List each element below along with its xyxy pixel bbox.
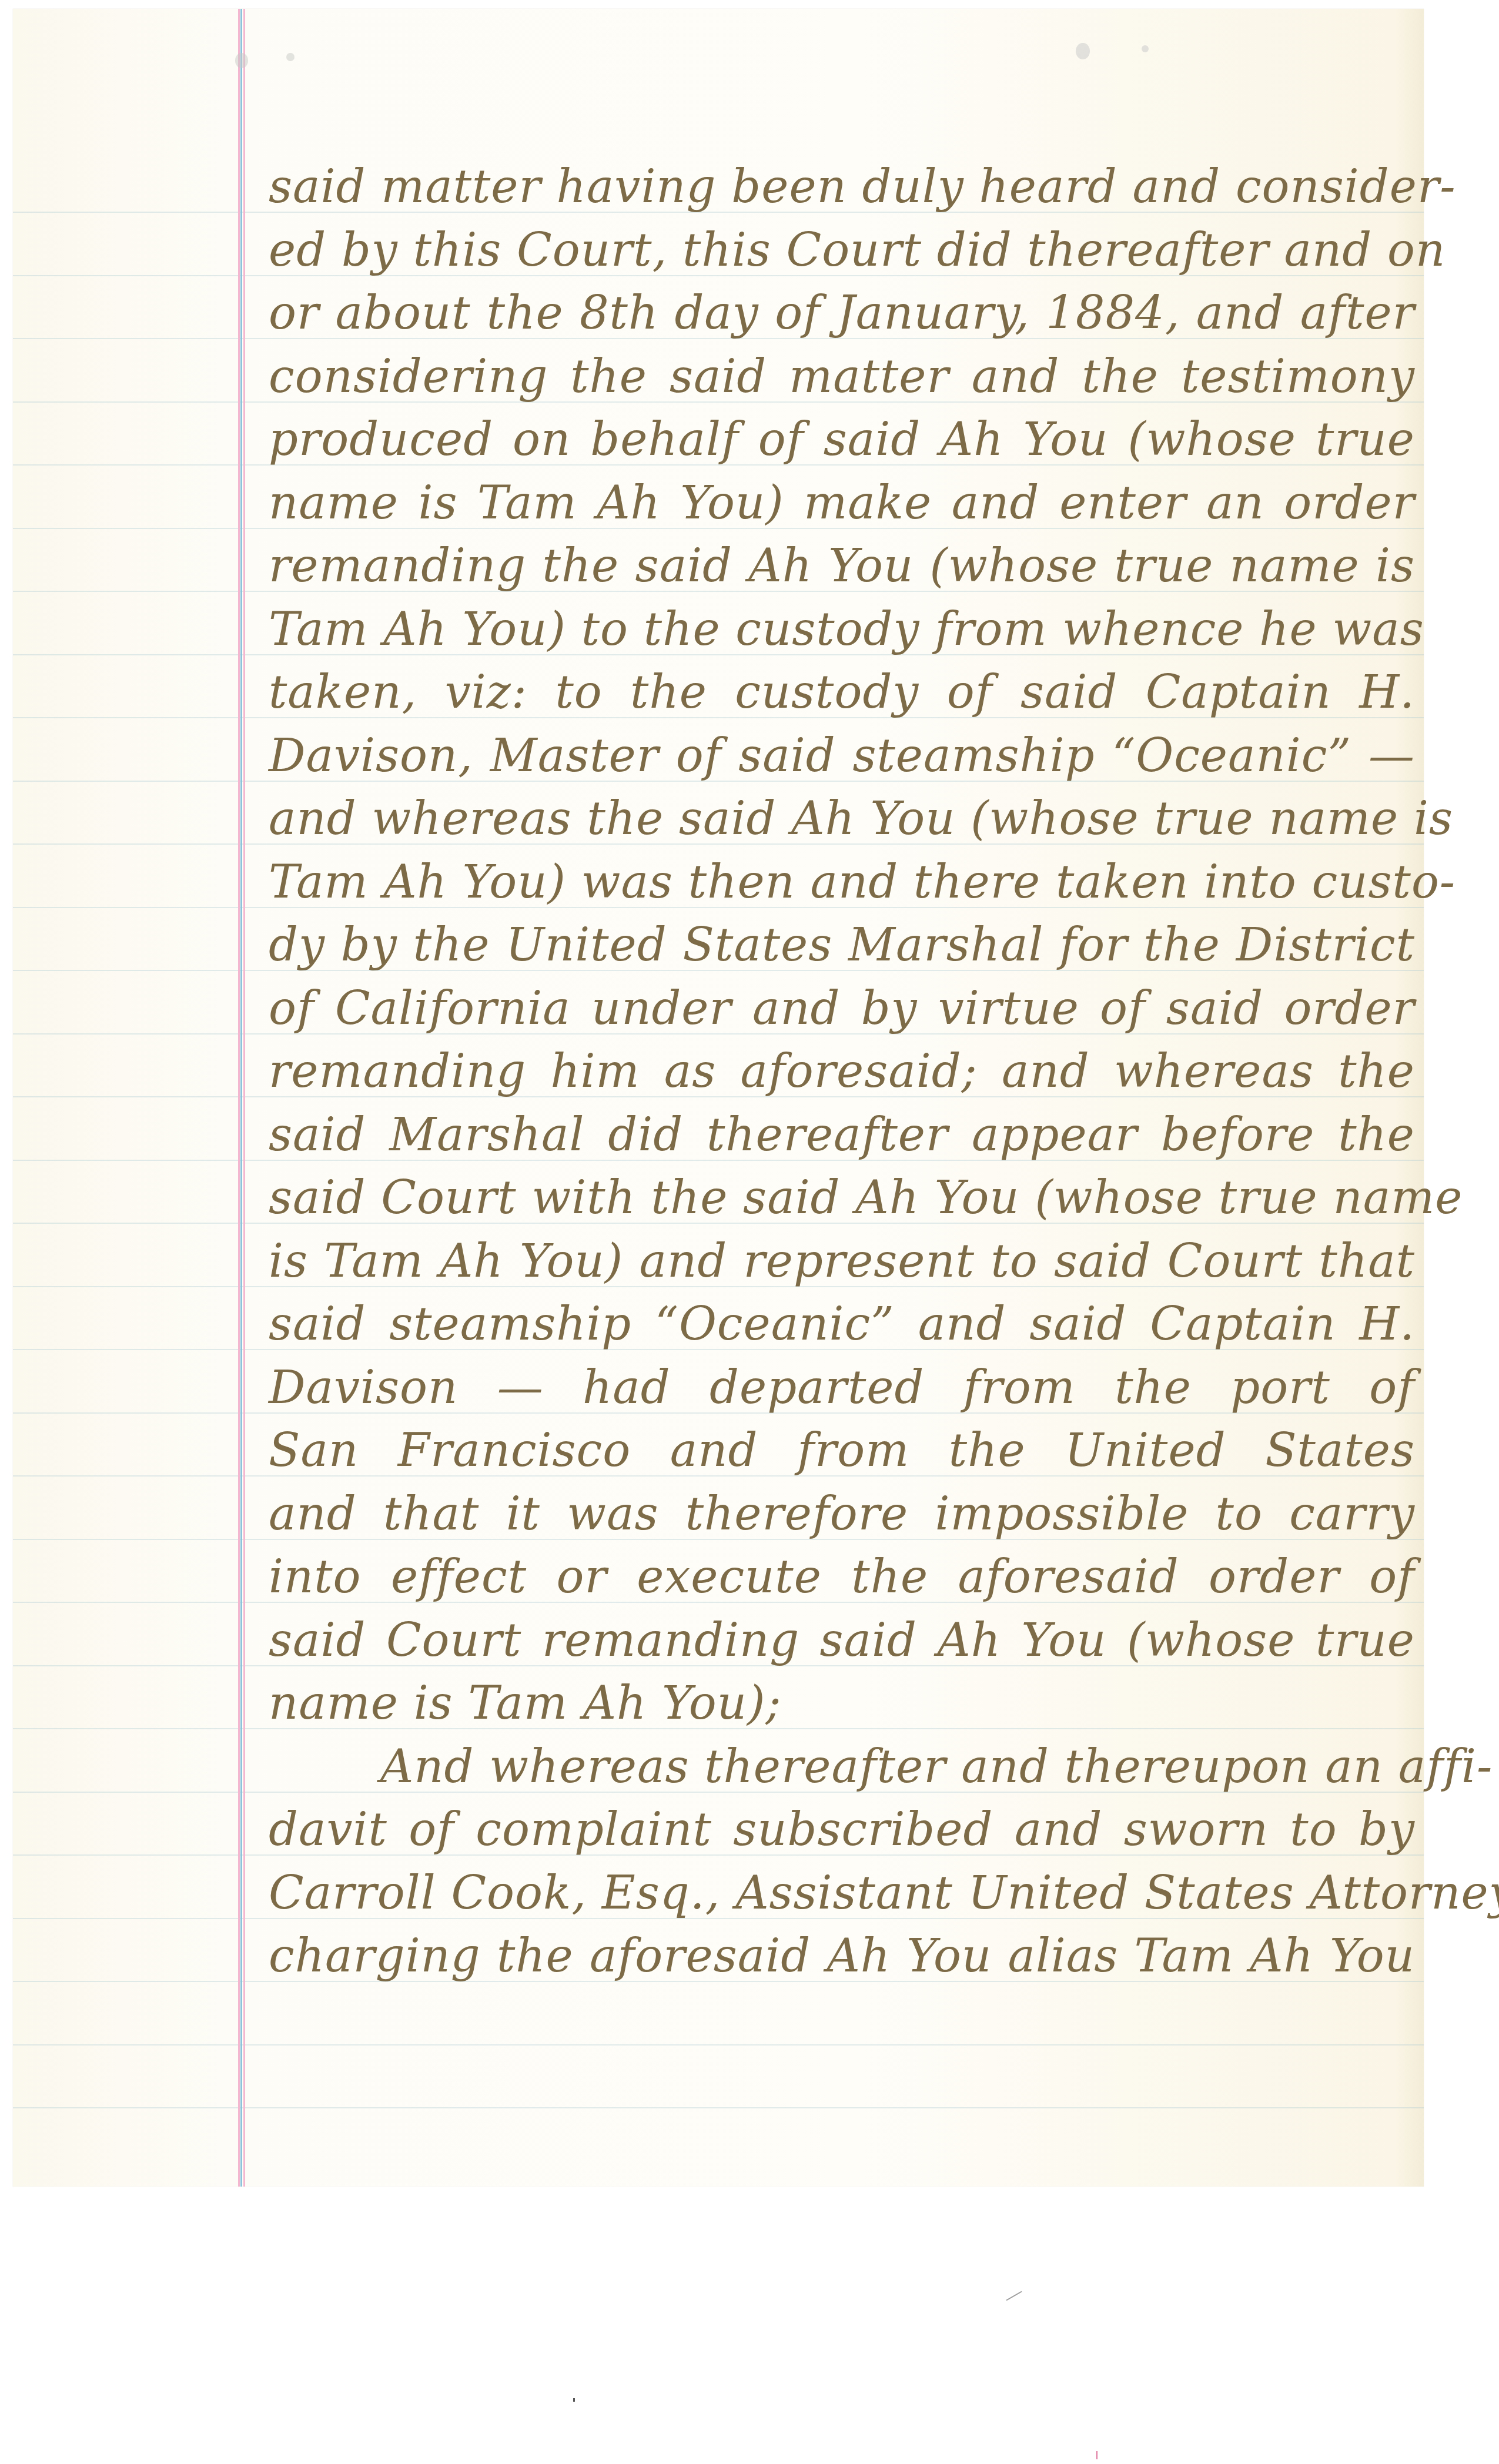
punch-mark — [286, 53, 295, 61]
text-line: charging the aforesaid Ah You alias Tam … — [269, 1925, 1415, 1988]
text-line-content: And whereas thereafter and thereupon an … — [380, 1736, 1303, 1799]
text-line: said steamship “Oceanic” and said Captai… — [269, 1293, 1415, 1357]
text-line: ed by this Court, this Court did thereaf… — [269, 219, 1415, 283]
text-line-content: davit of complaint subscribed and sworn … — [269, 1799, 1415, 1862]
text-line: produced on behalf of said Ah You (whose… — [269, 409, 1415, 472]
ruled-line — [13, 2044, 1424, 2045]
text-line-content: produced on behalf of said Ah You (whose… — [269, 409, 1415, 472]
text-line: said matter having been duly heard and c… — [269, 156, 1415, 219]
margin-line-pink-left — [238, 9, 240, 2187]
ruled-line — [13, 2107, 1424, 2108]
margin-line-pink-right — [243, 9, 245, 2187]
text-line-content: name is Tam Ah You) make and enter an or… — [269, 472, 1415, 535]
text-line: Tam Ah You) was then and there taken int… — [269, 851, 1415, 915]
text-line: taken, viz: to the custody of said Capta… — [269, 661, 1415, 725]
text-line-content: and whereas the said Ah You (whose true … — [269, 788, 1415, 851]
text-line-content: dy by the United States Marshal for the … — [269, 914, 1415, 977]
punch-mark — [235, 53, 248, 68]
text-line: said Court remanding said Ah You (whose … — [269, 1609, 1415, 1673]
text-line-content: Davison, Master of said steamship “Ocean… — [269, 725, 1415, 788]
text-line-content: taken, viz: to the custody of said Capta… — [269, 661, 1415, 725]
handwritten-text: said matter having been duly heard and c… — [269, 156, 1415, 1988]
text-line-content: Davison — had departed from the port of — [269, 1357, 1415, 1420]
text-line: name is Tam Ah You); — [269, 1672, 1415, 1736]
text-line: San Francisco and from the United States — [269, 1420, 1415, 1483]
text-line-content: said Marshal did thereafter appear befor… — [269, 1104, 1415, 1167]
paragraph-start-line: And whereas thereafter and thereupon an … — [269, 1736, 1415, 1799]
punch-mark — [1142, 45, 1149, 52]
text-line-content: and that it was therefore impossible to … — [269, 1483, 1415, 1546]
text-line: remanding the said Ah You (whose true na… — [269, 535, 1415, 598]
text-line-content: said Court remanding said Ah You (whose … — [269, 1609, 1415, 1673]
scan-speck — [1096, 2451, 1098, 2459]
text-line-content: is Tam Ah You) and represent to said Cou… — [269, 1230, 1415, 1294]
text-line-content: said Court with the said Ah You (whose t… — [269, 1167, 1415, 1230]
text-line: Davison — had departed from the port of — [269, 1357, 1415, 1420]
text-line: name is Tam Ah You) make and enter an or… — [269, 472, 1415, 535]
text-line: said Marshal did thereafter appear befor… — [269, 1104, 1415, 1167]
text-line: Tam Ah You) to the custody from whence h… — [269, 598, 1415, 662]
margin-line-blue — [240, 9, 242, 2187]
scan-speck — [573, 2398, 575, 2402]
text-line: Carroll Cook, Esq., Assistant United Sta… — [269, 1862, 1415, 1926]
text-line: into effect or execute the aforesaid ord… — [269, 1546, 1415, 1609]
text-line: said Court with the said Ah You (whose t… — [269, 1167, 1415, 1230]
text-line-content: or about the 8th day of January, 1884, a… — [269, 282, 1415, 346]
text-line-content: said matter having been duly heard and c… — [269, 156, 1415, 219]
punch-mark — [1076, 43, 1090, 59]
text-line-content: ed by this Court, this Court did thereaf… — [269, 219, 1415, 283]
scan-speck — [1006, 2291, 1022, 2301]
text-line-content: Carroll Cook, Esq., Assistant United Sta… — [269, 1862, 1415, 1926]
text-line: remanding him as aforesaid; and whereas … — [269, 1040, 1415, 1104]
text-line-content: Tam Ah You) was then and there taken int… — [269, 851, 1415, 915]
manuscript-page: said matter having been duly heard and c… — [13, 9, 1424, 2187]
text-line: is Tam Ah You) and represent to said Cou… — [269, 1230, 1415, 1294]
text-line-content: remanding the said Ah You (whose true na… — [269, 535, 1415, 598]
text-line: and that it was therefore impossible to … — [269, 1483, 1415, 1546]
text-line-content: Tam Ah You) to the custody from whence h… — [269, 598, 1415, 662]
text-line-content: charging the aforesaid Ah You alias Tam … — [269, 1925, 1415, 1988]
text-line-content: of California under and by virtue of sai… — [269, 977, 1415, 1041]
text-line-content: San Francisco and from the United States — [269, 1420, 1415, 1483]
text-line-content: name is Tam Ah You); — [269, 1672, 1415, 1736]
text-line: or about the 8th day of January, 1884, a… — [269, 282, 1415, 346]
text-line: dy by the United States Marshal for the … — [269, 914, 1415, 977]
text-line: and whereas the said Ah You (whose true … — [269, 788, 1415, 851]
text-line-content: remanding him as aforesaid; and whereas … — [269, 1040, 1415, 1104]
text-line: of California under and by virtue of sai… — [269, 977, 1415, 1041]
text-line: considering the said matter and the test… — [269, 346, 1415, 409]
text-line-content: said steamship “Oceanic” and said Captai… — [269, 1293, 1415, 1357]
text-line-content: into effect or execute the aforesaid ord… — [269, 1546, 1415, 1609]
text-line: Davison, Master of said steamship “Ocean… — [269, 725, 1415, 788]
text-line: davit of complaint subscribed and sworn … — [269, 1799, 1415, 1862]
text-line-content: considering the said matter and the test… — [269, 346, 1415, 409]
